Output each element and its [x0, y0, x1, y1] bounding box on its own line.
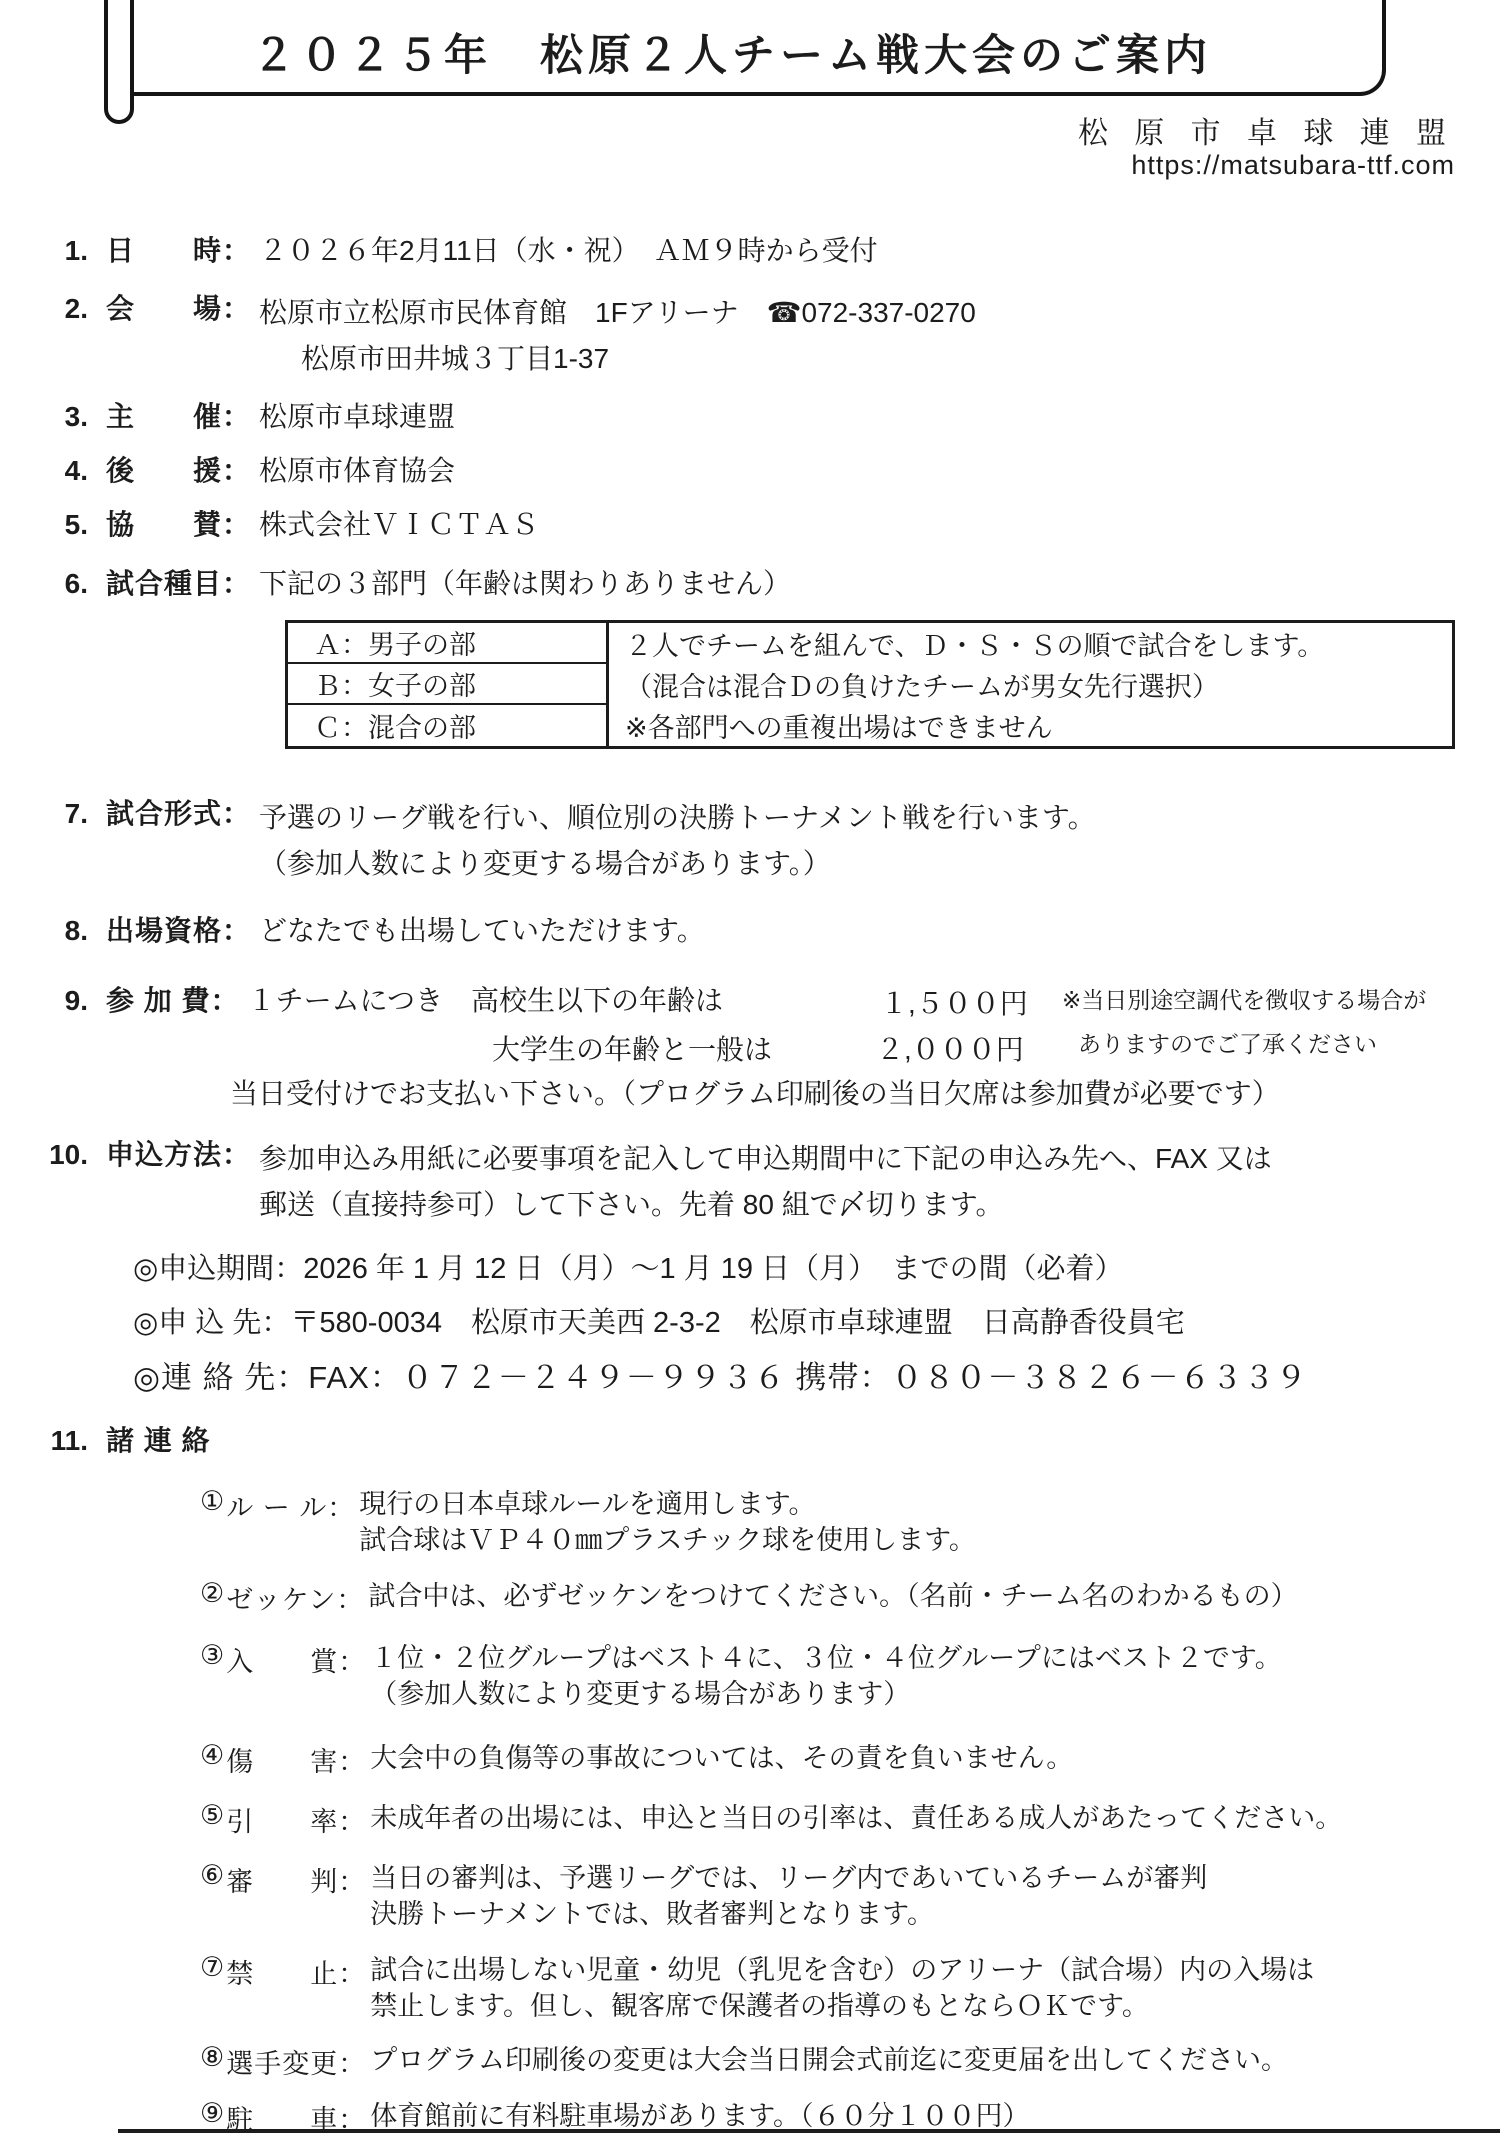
banner-pole-decoration: [104, 0, 134, 124]
application-line: 郵送（直接持参可）して下さい。先着 80 組で〆切ります。: [259, 1182, 1272, 1228]
item-fee: 9. 参 加 費： １チームにつき 高校生以下の年齢は: [30, 982, 723, 1020]
circled-number: ①: [200, 1486, 224, 1517]
venue-address: 松原市田井城３丁目1-37: [259, 336, 976, 382]
item-text: 下記の３部門（年齢は関わりありません）: [259, 565, 791, 603]
item-label: 会 場：: [106, 290, 251, 328]
fee-amount-hs: １,５００円: [880, 982, 1028, 1022]
item-number: 10.: [30, 1136, 88, 1174]
item-number: 8.: [30, 912, 88, 950]
organization-name: 松 原 市 卓 球 連 盟: [1078, 108, 1455, 152]
application-contact: ◎連 絡 先：FAX：０７２－２４９－９９３６ 携帯：０８０－３８２６－６３３９: [133, 1352, 1307, 1397]
notice-line: 当日の審判は、予選リーグでは、リーグ内であいているチームが審判: [370, 1860, 1207, 1896]
notice-chaperone: ⑤ 引 率： 未成年者の出場には、申込と当日の引率は、責任ある成人があたってくだ…: [200, 1800, 1342, 1839]
notice-label: 選手変更：: [226, 2042, 366, 2081]
circled-number: ⑦: [200, 1952, 224, 1983]
item-text: どなたでも出場していただけます。: [259, 912, 705, 950]
page-title: ２０２５年 松原２人チーム戦大会のご案内: [252, 22, 1212, 83]
notice-label: 審 判：: [226, 1860, 366, 1899]
item-number: 9.: [30, 982, 88, 1020]
item-notices: 11. 諸 連 絡: [30, 1422, 211, 1460]
category-rules-column: ２人でチームを組んで、Ｄ・Ｓ・Ｓの順で試合をします。 （混合は混合Ｄの負けたチー…: [609, 623, 1452, 746]
website-url: https://matsubara-ttf.com: [1131, 150, 1455, 181]
notice-line: 試合中は、必ずゼッケンをつけてください。（名前・チーム名のわかるもの）: [368, 1578, 1297, 1614]
item-text: ２０２６年2月11日（水・祝） ＡＭ９時から受付: [259, 232, 878, 270]
notice-label: 禁 止：: [226, 1952, 366, 1991]
item-number: 6.: [30, 565, 88, 603]
item-events: 6. 試合種目： 下記の３部門（年齢は関わりありません）: [30, 565, 791, 603]
notice-line: プログラム印刷後の変更は大会当日開会式前迄に変更届を出してください。: [370, 2042, 1288, 2078]
fee-line-2: 大学生の年齢と一般は: [492, 1028, 772, 1068]
notice-umpire: ⑥ 審 判： 当日の審判は、予選リーグでは、リーグ内であいているチームが審判 決…: [200, 1860, 1207, 1932]
rules-line: ※各部門への重複出場はできません: [609, 705, 1452, 746]
item-text: 株式会社ＶＩＣＴＡＳ: [259, 506, 539, 544]
rules-line: （混合は混合Ｄの負けたチームが男女先行選択）: [609, 664, 1452, 705]
notice-label: ゼッケン：: [226, 1578, 364, 1617]
circled-number: ③: [200, 1640, 224, 1671]
categories-column: Ａ：男子の部 Ｂ：女子の部 Ｃ：混合の部: [288, 623, 609, 746]
category-b-cell: Ｂ：女子の部: [288, 664, 606, 705]
item-label: 出場資格：: [106, 912, 251, 950]
notice-line: 大会中の負傷等の事故については、その責を負いません。: [370, 1740, 1073, 1776]
format-line: 予選のリーグ戦を行い、順位別の決勝トーナメント戦を行います。: [259, 795, 1096, 841]
notice-prohibition: ⑦ 禁 止： 試合に出場しない児童・幼児（乳児を含む）のアリーナ（試合場）内の入…: [200, 1952, 1314, 2024]
notice-player-change: ⑧ 選手変更： プログラム印刷後の変更は大会当日開会式前迄に変更届を出してくださ…: [200, 2042, 1288, 2081]
item-label: 参 加 費：: [106, 982, 240, 1020]
circled-number: ⑥: [200, 1860, 224, 1891]
item-number: 2.: [30, 290, 88, 328]
item-number: 7.: [30, 795, 88, 833]
fee-aircon-note-2: ありますのでご了承ください: [1078, 1026, 1377, 1059]
circled-number: ⑤: [200, 1800, 224, 1831]
item-label: 後 援：: [106, 452, 251, 490]
item-organizer: 3. 主 催： 松原市卓球連盟: [30, 398, 455, 436]
notice-label: 入 賞：: [226, 1640, 366, 1679]
item-label: 諸 連 絡: [106, 1422, 211, 1460]
item-date: 1. 日 時： ２０２６年2月11日（水・祝） ＡＭ９時から受付: [30, 232, 878, 270]
notice-line: （参加人数により変更する場合があります）: [370, 1676, 1282, 1712]
venue-line: 松原市立松原市民体育館 1Fアリーナ ☎072-337-0270: [259, 290, 976, 336]
notice-line: 禁止します。但し、観客席で保護者の指導のもとならＯＫです。: [370, 1988, 1314, 2024]
fee-payment-line: 当日受付けでお支払い下さい。（プログラム印刷後の当日欠席は参加費が必要です）: [230, 1072, 1280, 1112]
application-line: 参加申込み用紙に必要事項を記入して申込期間中に下記の申込み先へ、FAX 又は: [259, 1136, 1272, 1182]
notice-label: 引 率：: [226, 1800, 366, 1839]
notice-rules: ① ル ー ル： 現行の日本卓球ルールを適用します。 試合球はＶＰ４０㎜プラスチ…: [200, 1486, 976, 1558]
scan-edge-artifact: [118, 2129, 1500, 2133]
circled-number: ⑨: [200, 2098, 224, 2129]
category-c-cell: Ｃ：混合の部: [288, 705, 606, 746]
fee-line-1: １チームにつき 高校生以下の年齢は: [248, 982, 723, 1020]
item-supporter: 4. 後 援： 松原市体育協会: [30, 452, 455, 490]
item-number: 4.: [30, 452, 88, 490]
notice-line: 未成年者の出場には、申込と当日の引率は、責任ある成人があたってください。: [370, 1800, 1342, 1836]
notice-prizes: ③ 入 賞： １位・２位グループはベスト４に、３位・４位グループにはベスト２です…: [200, 1640, 1282, 1712]
category-a-cell: Ａ：男子の部: [288, 623, 606, 664]
scanned-tournament-flyer: ２０２５年 松原２人チーム戦大会のご案内 松 原 市 卓 球 連 盟 https…: [0, 0, 1500, 2136]
notice-line: 決勝トーナメントでは、敗者審判となります。: [370, 1896, 1207, 1932]
item-text: 松原市体育協会: [259, 452, 455, 490]
circled-number: ⑧: [200, 2042, 224, 2073]
application-period: ◎申込期間：2026 年 1 月 12 日（月）～1 月 19 日（月） までの…: [133, 1246, 1124, 1287]
item-sponsor: 5. 協 賛： 株式会社ＶＩＣＴＡＳ: [30, 506, 539, 544]
circled-number: ②: [200, 1578, 224, 1609]
notice-line: １位・２位グループはベスト４に、３位・４位グループにはベスト２です。: [370, 1640, 1282, 1676]
rules-line: ２人でチームを組んで、Ｄ・Ｓ・Ｓの順で試合をします。: [609, 623, 1452, 664]
item-label: 協 賛：: [106, 506, 251, 544]
item-number: 5.: [30, 506, 88, 544]
notice-line: 試合球はＶＰ４０㎜プラスチック球を使用します。: [359, 1522, 976, 1558]
notice-label: 傷 害：: [226, 1740, 366, 1779]
item-number: 3.: [30, 398, 88, 436]
fee-aircon-note-1: ※当日別途空調代を徴収する場合が: [1062, 982, 1426, 1015]
notice-injury: ④ 傷 害： 大会中の負傷等の事故については、その責を負いません。: [200, 1740, 1073, 1779]
notice-label: ル ー ル：: [226, 1486, 355, 1525]
item-label: 日 時：: [106, 232, 251, 270]
item-label: 試合形式：: [106, 795, 251, 833]
notice-bib: ② ゼッケン： 試合中は、必ずゼッケンをつけてください。（名前・チーム名のわかる…: [200, 1578, 1298, 1617]
item-label: 主 催：: [106, 398, 251, 436]
item-number: 11.: [30, 1422, 88, 1460]
format-line: （参加人数により変更する場合があります。）: [259, 841, 1096, 887]
item-eligibility: 8. 出場資格： どなたでも出場していただけます。: [30, 912, 705, 950]
notice-line: 現行の日本卓球ルールを適用します。: [359, 1486, 976, 1522]
item-text: 松原市卓球連盟: [259, 398, 455, 436]
item-number: 1.: [30, 232, 88, 270]
item-label: 試合種目：: [106, 565, 251, 603]
item-application: 10. 申込方法： 参加申込み用紙に必要事項を記入して申込期間中に下記の申込み先…: [30, 1136, 1272, 1228]
item-format: 7. 試合形式： 予選のリーグ戦を行い、順位別の決勝トーナメント戦を行います。 …: [30, 795, 1096, 887]
circled-number: ④: [200, 1740, 224, 1771]
item-venue: 2. 会 場： 松原市立松原市民体育館 1Fアリーナ ☎072-337-0270…: [30, 290, 976, 382]
categories-table: Ａ：男子の部 Ｂ：女子の部 Ｃ：混合の部 ２人でチームを組んで、Ｄ・Ｓ・Ｓの順で…: [285, 620, 1455, 749]
fee-amount-adult: ２,０００円: [876, 1028, 1024, 1068]
notice-line: 試合に出場しない児童・幼児（乳児を含む）のアリーナ（試合場）内の入場は: [370, 1952, 1314, 1988]
item-label: 申込方法：: [106, 1136, 251, 1174]
application-address: ◎申 込 先：〒580-0034 松原市天美西 2-3-2 松原市卓球連盟 日高…: [133, 1300, 1185, 1341]
